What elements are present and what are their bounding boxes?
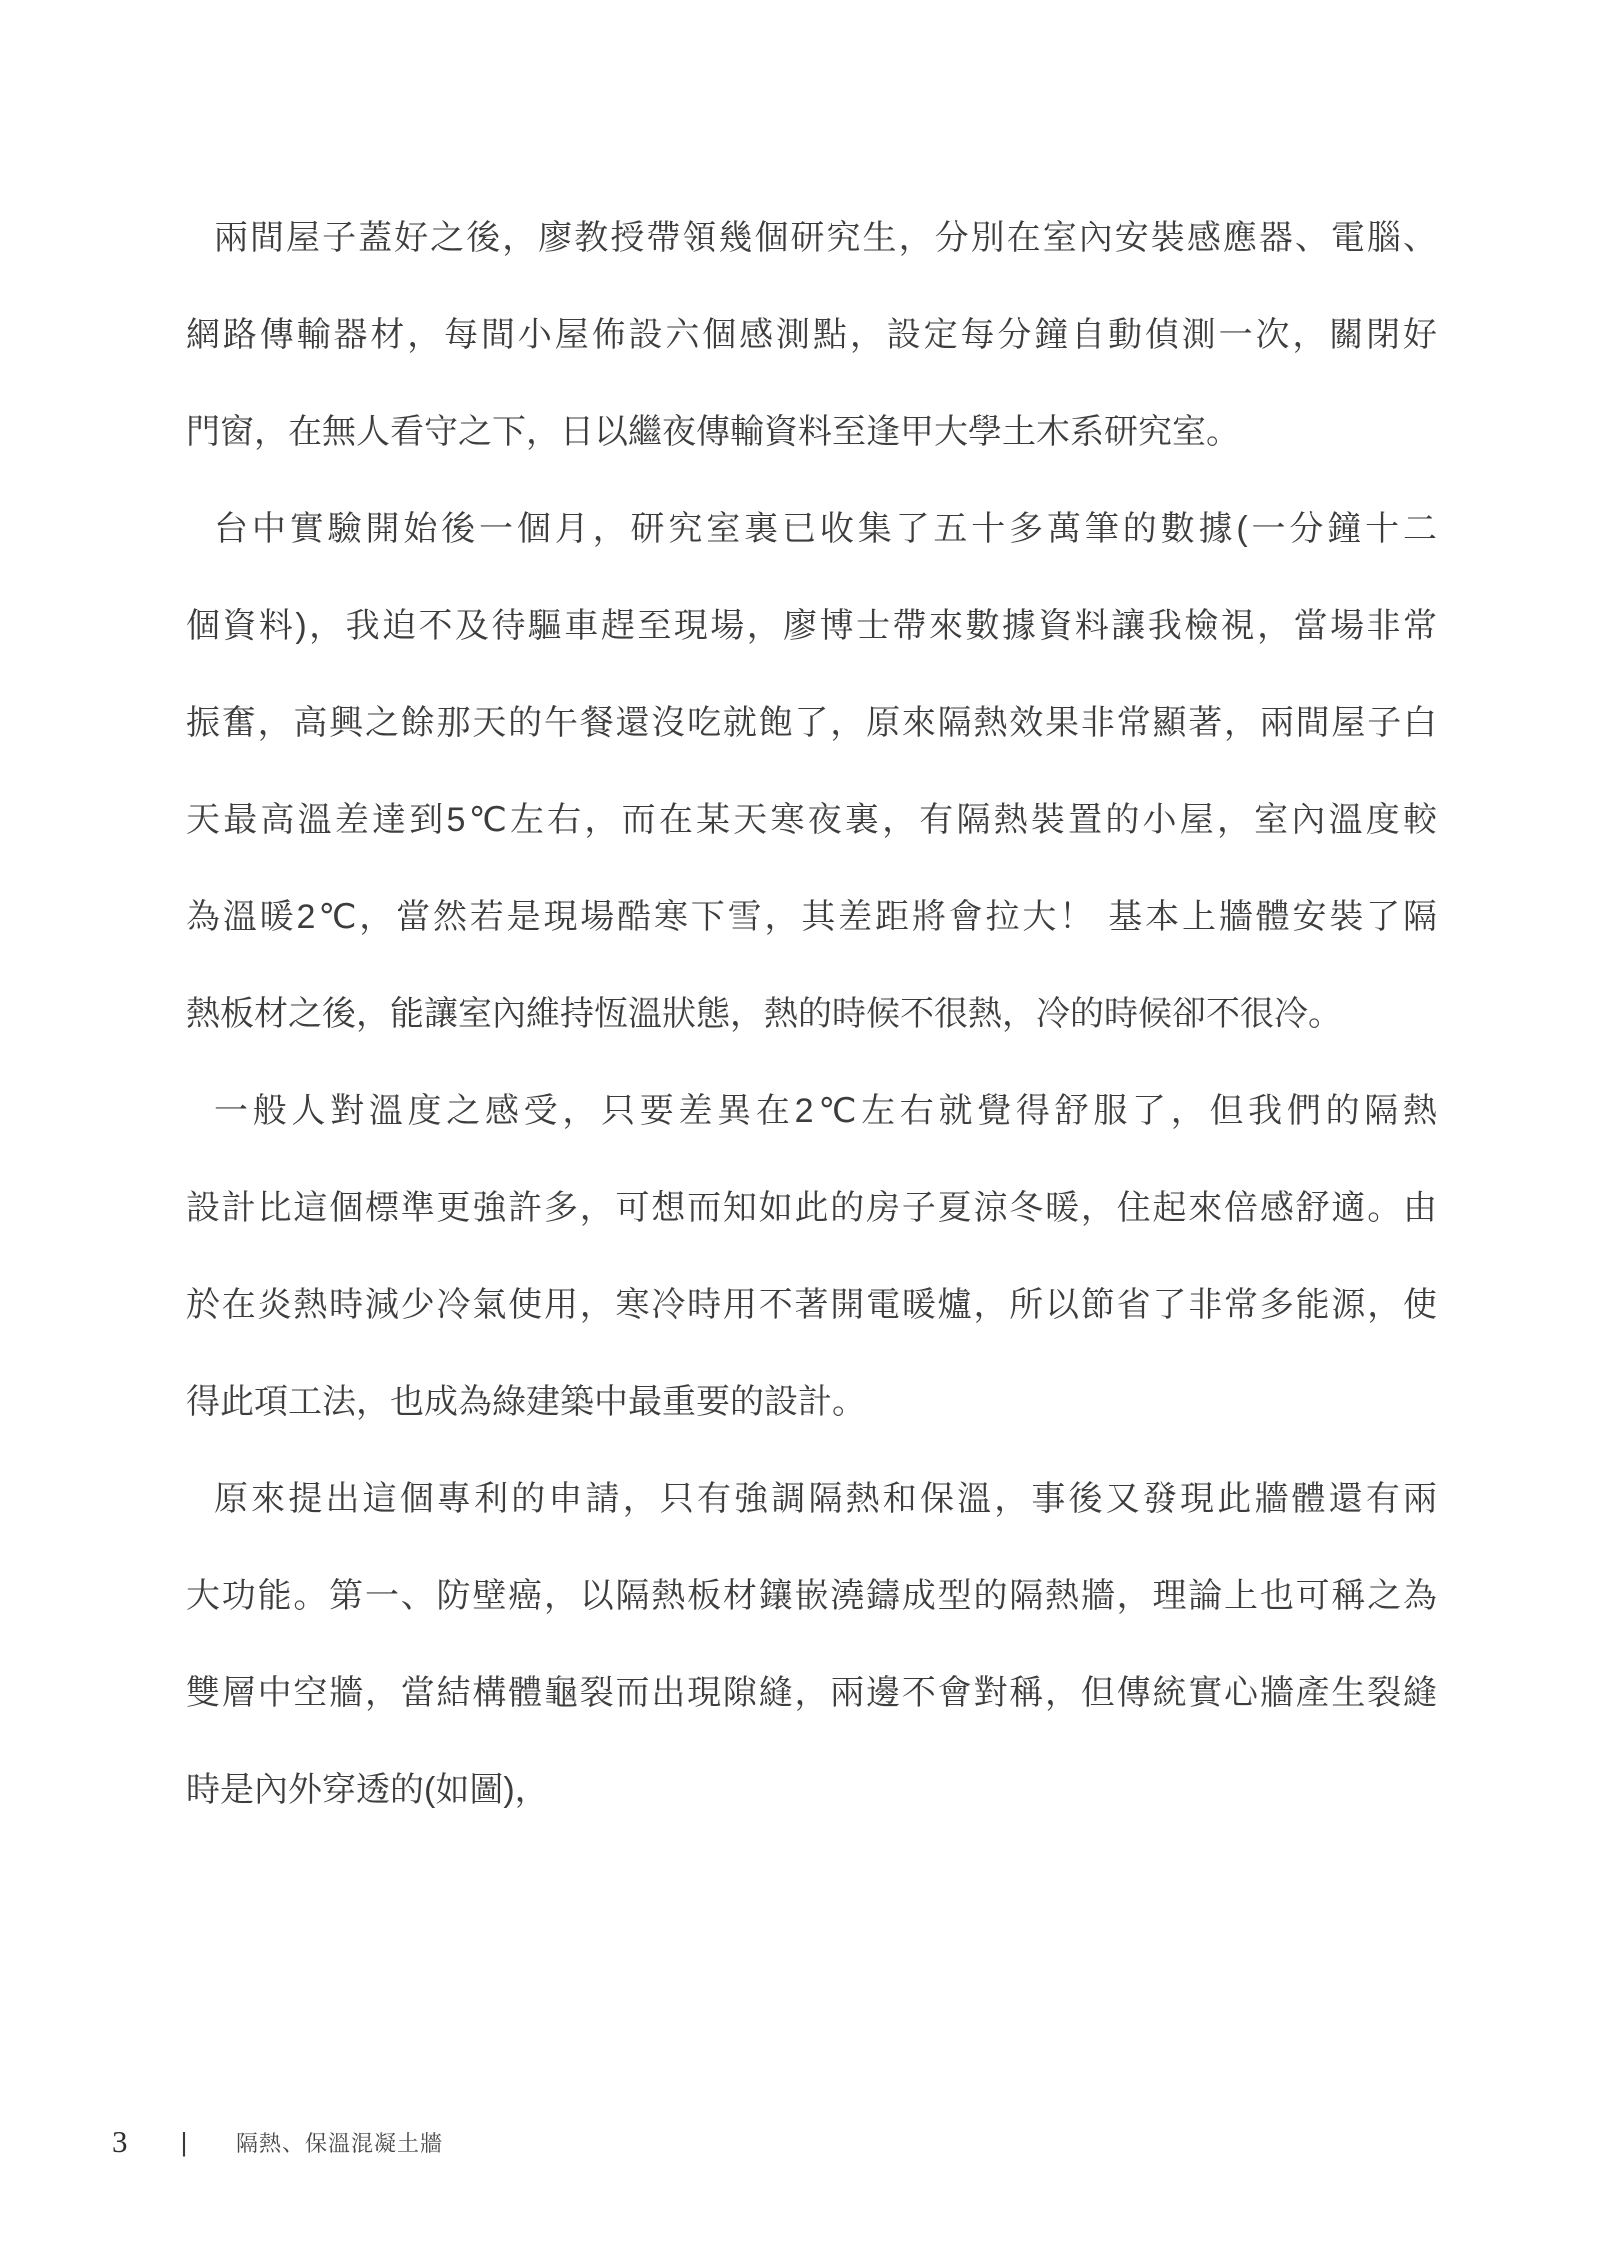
text-line: 雙層中空牆，當結構體龜裂而出現隙縫，兩邊不會對稱，但傳統實心牆產生裂縫 xyxy=(186,1645,1437,1742)
text-line: 兩間屋子蓋好之後，廖教授帶領幾個研究生，分別在室內安裝感應器、電腦、 xyxy=(186,190,1437,287)
text-line: 於在炎熱時減少冷氣使用，寒冷時用不著開電暖爐，所以節省了非常多能源，使 xyxy=(186,1257,1437,1354)
page-footer: 3 | 隔熱、保溫混凝土牆 xyxy=(112,2120,443,2164)
text-line: 設計比這個標準更強許多，可想而知如此的房子夏涼冬暖，住起來倍感舒適。由 xyxy=(186,1160,1437,1257)
text-line: 台中實驗開始後一個月，研究室裏已收集了五十多萬筆的數據(一分鐘十二 xyxy=(186,481,1437,578)
document-page: 兩間屋子蓋好之後，廖教授帶領幾個研究生，分別在室內安裝感應器、電腦、 網路傳輸器… xyxy=(0,0,1600,2262)
paragraph-4: 原來提出這個專利的申請，只有強調隔熱和保溫，事後又發現此牆體還有兩 大功能。第一… xyxy=(186,1451,1437,1839)
text-line: 原來提出這個專利的申請，只有強調隔熱和保溫，事後又發現此牆體還有兩 xyxy=(186,1451,1437,1548)
paragraph-1: 兩間屋子蓋好之後，廖教授帶領幾個研究生，分別在室內安裝感應器、電腦、 網路傳輸器… xyxy=(186,190,1437,481)
text-line: 網路傳輸器材，每間小屋佈設六個感測點，設定每分鐘自動偵測一次，關閉好 xyxy=(186,287,1437,384)
paragraph-3: 一般人對溫度之感受，只要差異在2℃左右就覺得舒服了，但我們的隔熱 設計比這個標準… xyxy=(186,1063,1437,1451)
paragraph-2: 台中實驗開始後一個月，研究室裏已收集了五十多萬筆的數據(一分鐘十二 個資料)，我… xyxy=(186,481,1437,1063)
text-line: 門窗，在無人看守之下，日以繼夜傳輸資料至逢甲大學土木系研究室。 xyxy=(186,384,1437,481)
text-line: 時是內外穿透的(如圖)， xyxy=(186,1742,1437,1839)
footer-separator: | xyxy=(160,2127,208,2158)
body-text: 兩間屋子蓋好之後，廖教授帶領幾個研究生，分別在室內安裝感應器、電腦、 網路傳輸器… xyxy=(186,190,1437,1839)
text-line: 振奮，高興之餘那天的午餐還沒吃就飽了，原來隔熱效果非常顯著，兩間屋子白 xyxy=(186,675,1437,772)
text-line: 為溫暖2℃，當然若是現場酷寒下雪，其差距將會拉大！ 基本上牆體安裝了隔 xyxy=(186,869,1437,966)
text-line: 個資料)，我迫不及待驅車趕至現場，廖博士帶來數據資料讓我檢視，當場非常 xyxy=(186,578,1437,675)
page-number: 3 xyxy=(112,2124,138,2160)
running-title: 隔熱、保溫混凝土牆 xyxy=(236,2127,443,2158)
text-line: 大功能。第一、防壁癌，以隔熱板材鑲嵌澆鑄成型的隔熱牆，理論上也可稱之為 xyxy=(186,1548,1437,1645)
text-line: 得此項工法，也成為綠建築中最重要的設計。 xyxy=(186,1354,1437,1451)
text-line: 一般人對溫度之感受，只要差異在2℃左右就覺得舒服了，但我們的隔熱 xyxy=(186,1063,1437,1160)
text-line: 熱板材之後，能讓室內維持恆溫狀態，熱的時候不很熱，冷的時候卻不很冷。 xyxy=(186,966,1437,1063)
text-line: 天最高溫差達到5℃左右，而在某天寒夜裏，有隔熱裝置的小屋，室內溫度較 xyxy=(186,772,1437,869)
